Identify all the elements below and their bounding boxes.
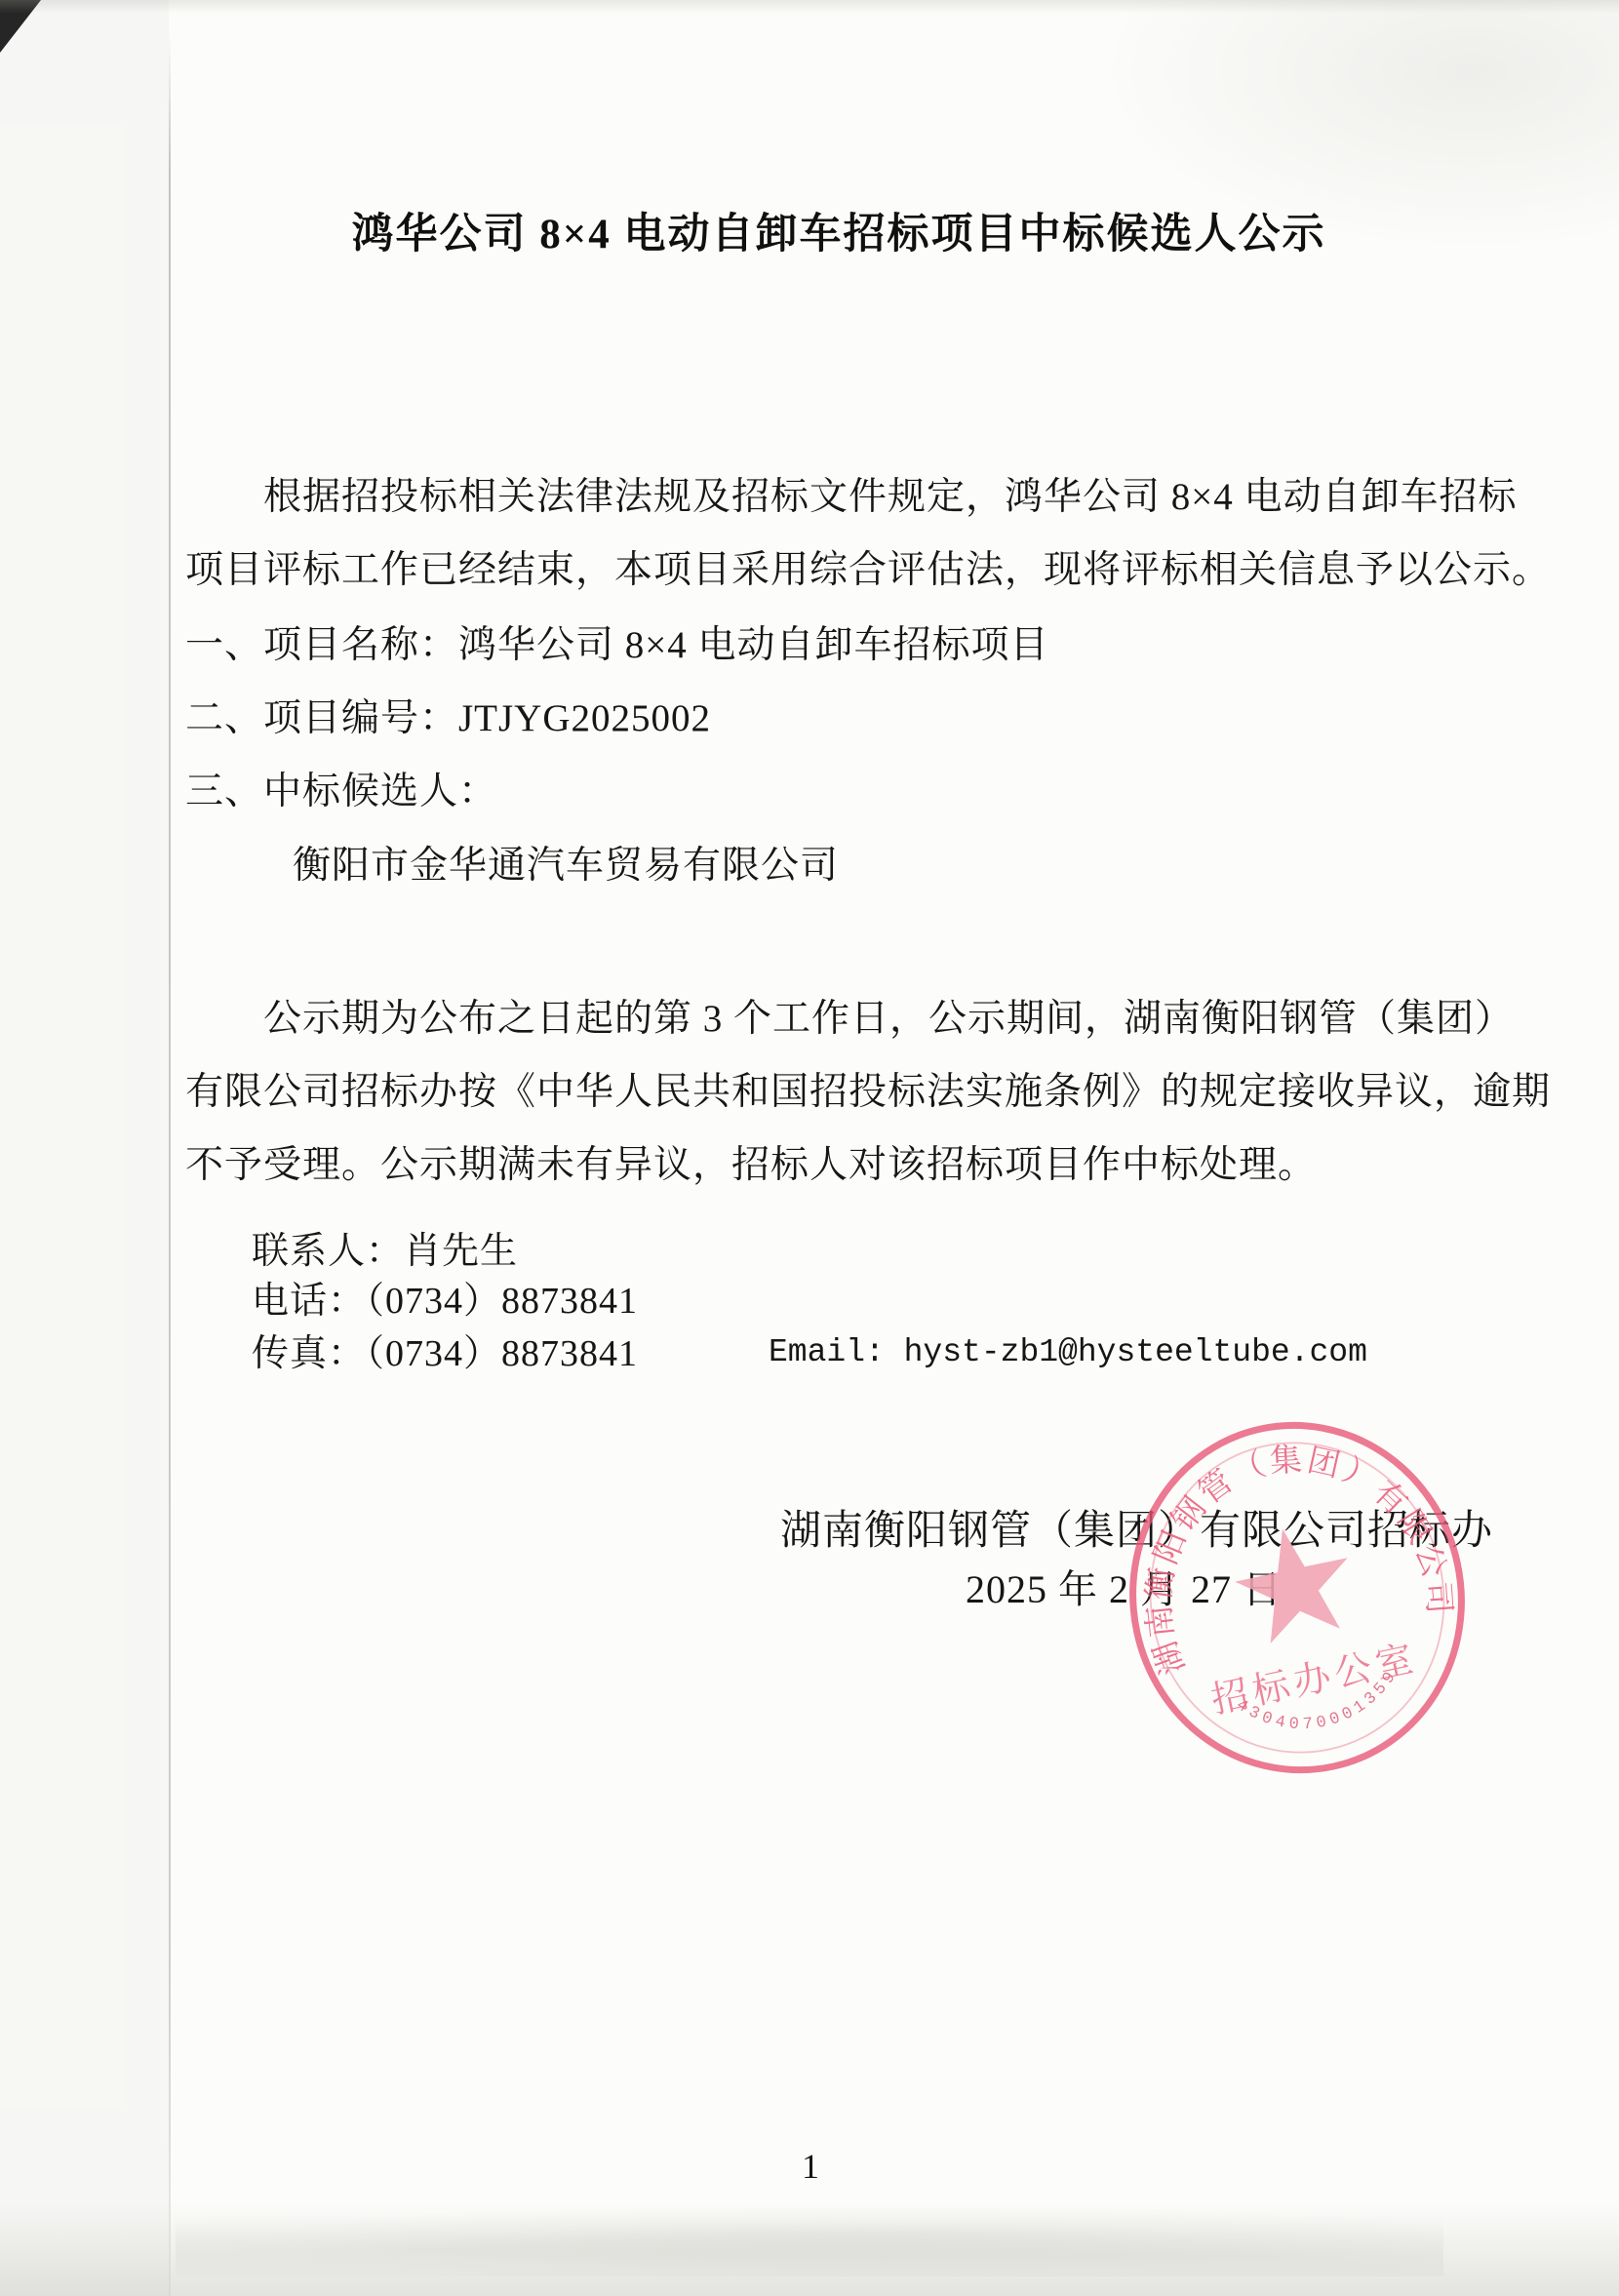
notice-line-1: 公示期为公布之日起的第 3 个工作日，公示期间，湖南衡阳钢管（集团） [263,988,1514,1043]
scan-left-margin-shade [0,0,169,2296]
page-number: 1 [802,2146,820,2187]
notice-line-3: 不予受理。公示期满未有异议，招标人对该招标项目作中标处理。 [185,1134,1317,1189]
notice-line-2: 有限公司招标办按《中华人民共和国招投标法实施条例》的规定接收异议，逾期 [185,1061,1551,1116]
list-item-candidates: 三、中标候选人： [185,761,497,815]
document-title: 鸿华公司 8×4 电动自卸车招标项目中标候选人公示 [185,201,1492,260]
paper-edge-line [169,33,171,2296]
contact-email: Email: hyst-zb1@hysteeltube.com [769,1334,1367,1370]
scanned-document-page: 鸿华公司 8×4 电动自卸车招标项目中标候选人公示 根据招投标相关法律法规及招标… [0,0,1619,2296]
contact-phone: 电话：（0734）8873841 [252,1270,638,1324]
intro-line-1: 根据招投标相关法律法规及招标文件规定，鸿华公司 8×4 电动自卸车招标 [263,466,1518,521]
official-seal: 湖南衡阳钢管（集团）有限公司 招标办公室 4304070001359 [1102,1403,1492,1793]
list-item-project-number: 二、项目编号：JTJYG2025002 [185,688,711,742]
scan-noise-bottom [176,2208,1443,2276]
contact-fax: 传真：（0734）8873841 [252,1323,638,1376]
intro-line-2: 项目评标工作已经结束，本项目采用综合评估法，现将评标相关信息予以公示。 [185,539,1551,594]
list-item-project-name: 一、项目名称：鸿华公司 8×4 电动自卸车招标项目 [185,614,1049,669]
contact-person: 联系人：肖先生 [252,1220,518,1274]
seal-star-icon [1226,1517,1362,1647]
winner-name: 衡阳市金华通汽车贸易有限公司 [293,835,839,890]
